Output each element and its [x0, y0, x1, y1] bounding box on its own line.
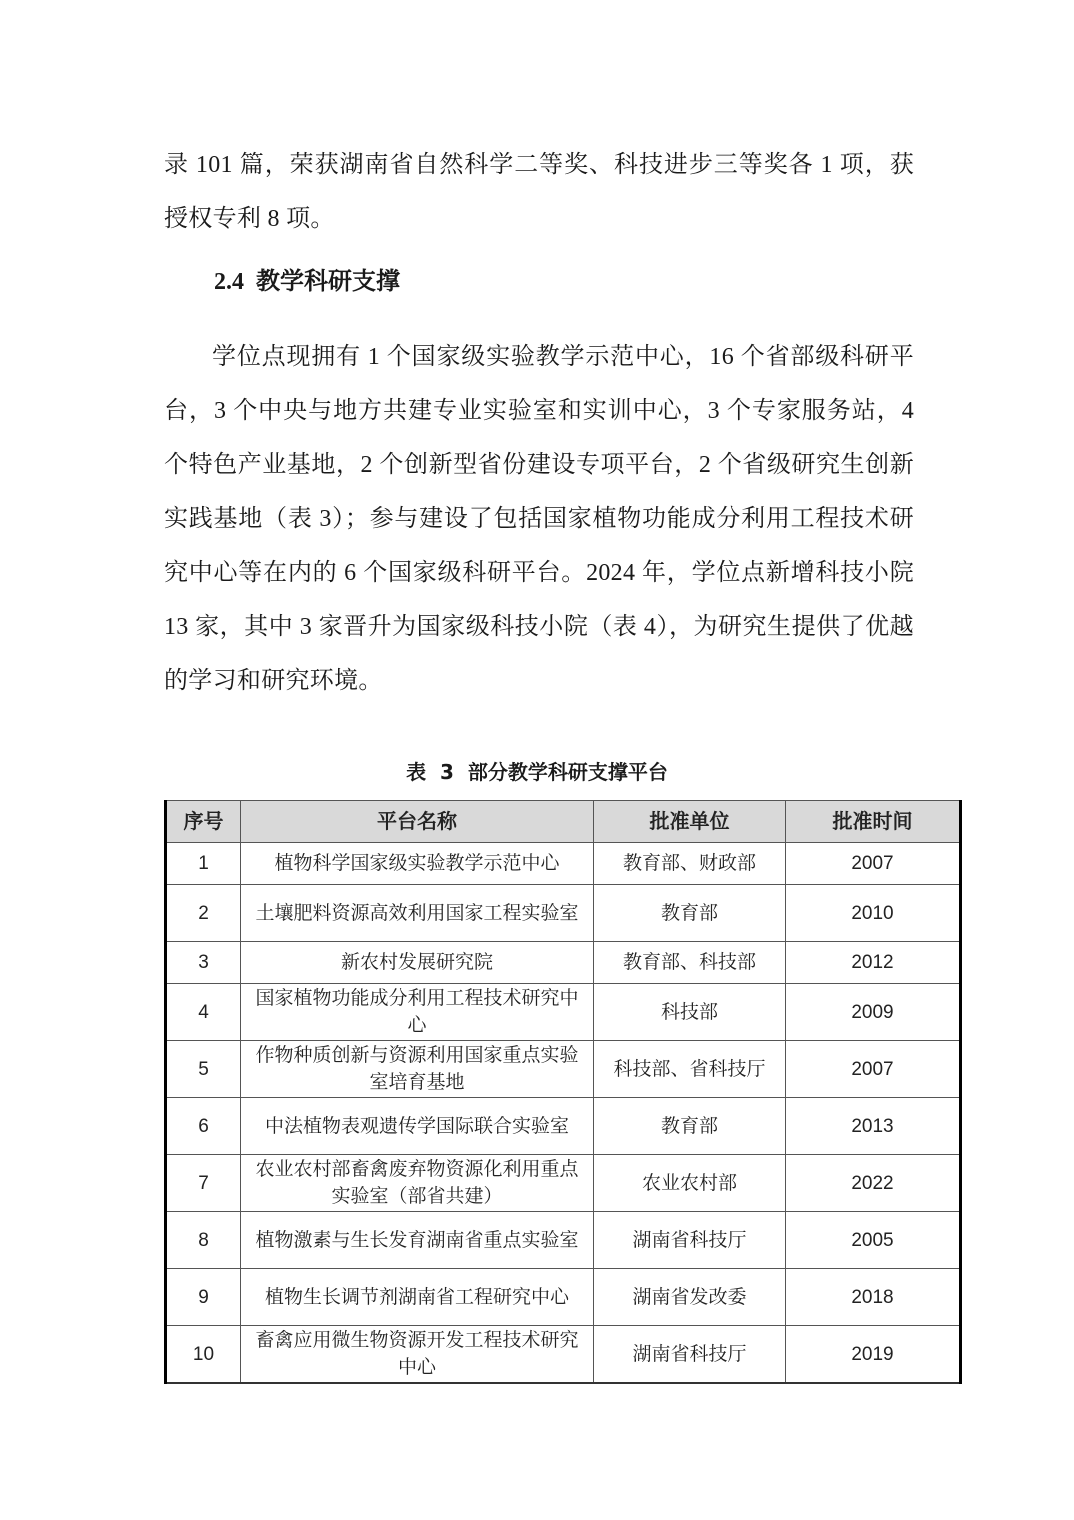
cell-approval-year: 2019	[786, 1326, 961, 1384]
cell-approval-year: 2005	[786, 1212, 961, 1269]
table-row: 6 中法植物表观遗传学国际联合实验室 教育部 2013	[166, 1098, 961, 1155]
cell-platform-name: 植物生长调节剂湖南省工程研究中心	[241, 1269, 594, 1326]
cell-number: 2	[166, 885, 241, 942]
cell-platform-name: 植物激素与生长发育湖南省重点实验室	[241, 1212, 594, 1269]
table-row: 4 国家植物功能成分利用工程技术研究中心 科技部 2009	[166, 984, 961, 1041]
cell-approving-unit: 教育部	[594, 885, 786, 942]
cell-approval-year: 2010	[786, 885, 961, 942]
cell-approval-year: 2013	[786, 1098, 961, 1155]
table-row: 1 植物科学国家级实验教学示范中心 教育部、财政部 2007	[166, 843, 961, 885]
cell-approval-year: 2007	[786, 1041, 961, 1098]
paragraph-main: 学位点现拥有 1 个国家级实验教学示范中心，16 个省部级科研平台，3 个中央与…	[164, 330, 914, 708]
cell-platform-name: 作物种质创新与资源利用国家重点实验室培育基地	[241, 1041, 594, 1098]
column-header-approving-unit: 批准单位	[594, 801, 786, 843]
cell-approving-unit: 教育部、科技部	[594, 942, 786, 984]
paragraph-continued: 录 101 篇，荣获湖南省自然科学二等奖、科技进步三等奖各 1 项，获授权专利 …	[164, 138, 914, 246]
section-heading: 2.4 教学科研支撑	[214, 258, 400, 306]
cell-approving-unit: 湖南省科技厅	[594, 1212, 786, 1269]
cell-number: 8	[166, 1212, 241, 1269]
cell-approving-unit: 湖南省发改委	[594, 1269, 786, 1326]
cell-number: 5	[166, 1041, 241, 1098]
table-row: 5 作物种质创新与资源利用国家重点实验室培育基地 科技部、省科技厅 2007	[166, 1041, 961, 1098]
table-header-row: 序号 平台名称 批准单位 批准时间	[166, 801, 961, 843]
cell-platform-name: 土壤肥料资源高效利用国家工程实验室	[241, 885, 594, 942]
cell-platform-name: 中法植物表观遗传学国际联合实验室	[241, 1098, 594, 1155]
cell-approval-year: 2007	[786, 843, 961, 885]
cell-approving-unit: 科技部、省科技厅	[594, 1041, 786, 1098]
table-row: 3 新农村发展研究院 教育部、科技部 2012	[166, 942, 961, 984]
cell-platform-name: 农业农村部畜禽废弃物资源化利用重点实验室（部省共建）	[241, 1155, 594, 1212]
cell-number: 9	[166, 1269, 241, 1326]
cell-platform-name: 畜禽应用微生物资源开发工程技术研究中心	[241, 1326, 594, 1384]
cell-approving-unit: 农业农村部	[594, 1155, 786, 1212]
table-row: 10 畜禽应用微生物资源开发工程技术研究中心 湖南省科技厅 2019	[166, 1326, 961, 1384]
cell-approving-unit: 教育部	[594, 1098, 786, 1155]
cell-number: 3	[166, 942, 241, 984]
cell-approval-year: 2012	[786, 942, 961, 984]
column-header-approval-year: 批准时间	[786, 801, 961, 843]
cell-number: 1	[166, 843, 241, 885]
cell-number: 6	[166, 1098, 241, 1155]
cell-number: 4	[166, 984, 241, 1041]
cell-approving-unit: 科技部	[594, 984, 786, 1041]
document-page: 录 101 篇，荣获湖南省自然科学二等奖、科技进步三等奖各 1 项，获授权专利 …	[0, 0, 1074, 1520]
table-row: 8 植物激素与生长发育湖南省重点实验室 湖南省科技厅 2005	[166, 1212, 961, 1269]
table-row: 7 农业农村部畜禽废弃物资源化利用重点实验室（部省共建） 农业农村部 2022	[166, 1155, 961, 1212]
column-header-number: 序号	[166, 801, 241, 843]
cell-approval-year: 2022	[786, 1155, 961, 1212]
table-row: 9 植物生长调节剂湖南省工程研究中心 湖南省发改委 2018	[166, 1269, 961, 1326]
cell-platform-name: 植物科学国家级实验教学示范中心	[241, 843, 594, 885]
cell-number: 10	[166, 1326, 241, 1384]
cell-platform-name: 国家植物功能成分利用工程技术研究中心	[241, 984, 594, 1041]
cell-approving-unit: 湖南省科技厅	[594, 1326, 786, 1384]
table-caption: 表 3 部分教学科研支撑平台	[0, 754, 1074, 790]
cell-number: 7	[166, 1155, 241, 1212]
cell-platform-name: 新农村发展研究院	[241, 942, 594, 984]
platform-table: 序号 平台名称 批准单位 批准时间 1 植物科学国家级实验教学示范中心 教育部、…	[164, 800, 962, 1384]
cell-approval-year: 2009	[786, 984, 961, 1041]
column-header-platform-name: 平台名称	[241, 801, 594, 843]
cell-approval-year: 2018	[786, 1269, 961, 1326]
cell-approving-unit: 教育部、财政部	[594, 843, 786, 885]
table-row: 2 土壤肥料资源高效利用国家工程实验室 教育部 2010	[166, 885, 961, 942]
